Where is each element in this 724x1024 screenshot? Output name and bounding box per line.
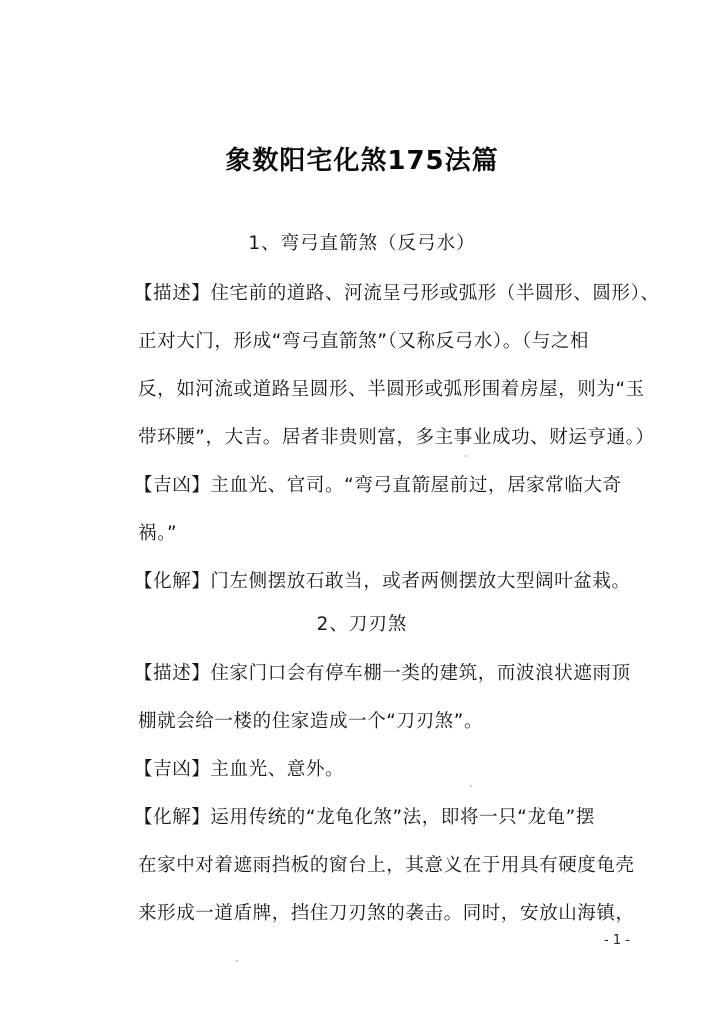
paragraph-line: 【描述】住家门口会有停车棚一类的建筑，而波浪状遮雨顶: [134, 662, 634, 686]
section-heading-1: 1、弯弓直箭煞（反弓水）: [0, 232, 724, 256]
paragraph-line: 【化解】门左侧摆放石敢当，或者两侧摆放大型阔叶盆栽。: [134, 570, 634, 594]
paragraph-line: 【吉凶】主血光、官司。“弯弓直箭屋前过，居家常临大奇: [134, 474, 634, 498]
paragraph-line: 来形成一道盾牌，挡住刀刃煞的袭击。同时，安放山海镇，: [138, 902, 638, 926]
paragraph-line: 在家中对着遮雨挡板的窗台上，其意义在于用具有硬度龟壳: [138, 854, 638, 878]
paragraph-line: 【描述】住宅前的道路、河流呈弓形或弧形（半圆形、圆形）、: [134, 282, 634, 306]
paragraph-line: 【吉凶】主血光、意外。: [134, 758, 634, 782]
document-title: 象数阳宅化煞175法篇: [0, 140, 724, 177]
scan-speck: [465, 455, 467, 457]
paragraph-line: 反，如河流或道路呈圆形、半圆形或弧形围着房屋，则为“玉: [138, 378, 638, 402]
scan-speck: [470, 785, 472, 787]
paragraph-line: 带环腰”，大吉。居者非贵则富，多主事业成功、财运亨通。）: [138, 426, 638, 450]
paragraph-line: 棚就会给一楼的住家造成一个“刀刃煞”。: [138, 710, 638, 734]
section-heading-2: 2、刀刃煞: [0, 613, 724, 637]
page-number: - 1 -: [604, 933, 630, 948]
paragraph-line: 祸。”: [138, 522, 638, 546]
document-page: 象数阳宅化煞175法篇 1、弯弓直箭煞（反弓水） 【描述】住宅前的道路、河流呈弓…: [0, 0, 724, 1024]
paragraph-line: 【化解】运用传统的“龙龟化煞”法，即将一只“龙龟”摆: [134, 806, 634, 830]
scan-speck: [236, 960, 238, 962]
paragraph-line: 正对大门，形成“弯弓直箭煞”（又称反弓水）。（与之相: [138, 330, 638, 354]
